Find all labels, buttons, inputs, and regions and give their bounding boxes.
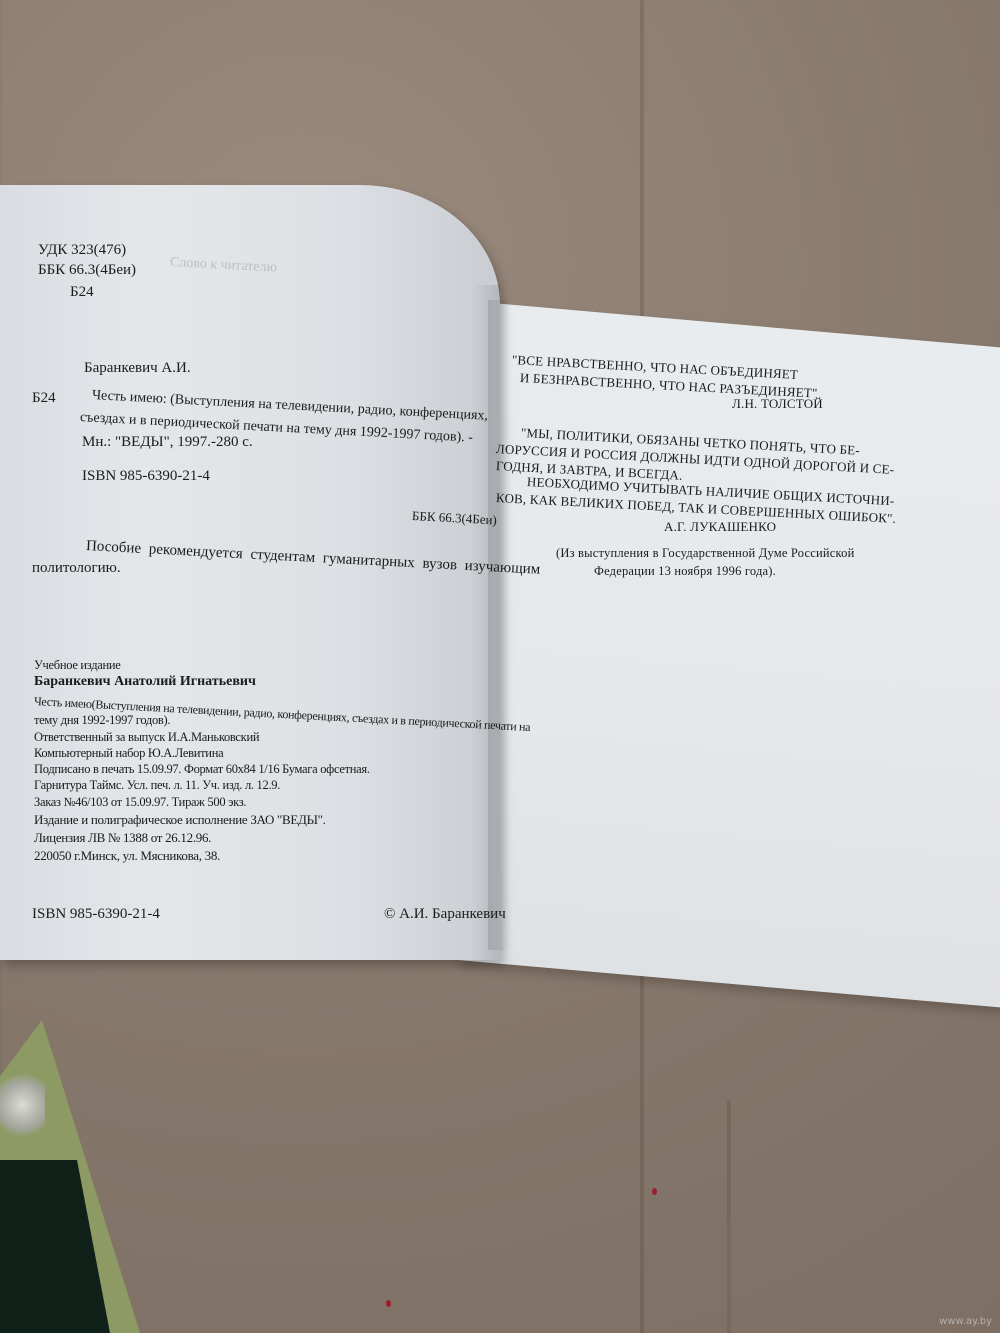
book-gutter xyxy=(488,300,510,950)
isbn-top: ISBN 985-6390-21-4 xyxy=(82,468,210,485)
silver-ornament-icon xyxy=(0,1065,45,1145)
source-line-2: Федерации 13 ноября 1996 года). xyxy=(594,564,776,579)
udk-code: УДК 323(476) xyxy=(38,242,126,259)
recommendation-line-2: политологию. xyxy=(32,560,121,577)
right-page xyxy=(458,300,1000,1008)
order-info: Заказ №46/103 от 15.09.97. Тираж 500 экз… xyxy=(34,795,246,810)
red-speck xyxy=(386,1300,391,1307)
source-line-1: (Из выступления в Государственной Думе Р… xyxy=(556,546,855,561)
bbk-code: ББК 66.3(4Беи) xyxy=(38,262,136,279)
publisher-info: Издание и полиграфическое исполнение ЗАО… xyxy=(34,812,326,828)
author-sign: Б24 xyxy=(70,284,94,301)
typeface-info: Гарнитура Таймс. Усл. печ. л. 11. Уч. из… xyxy=(34,778,280,793)
isbn-bottom: ISBN 985-6390-21-4 xyxy=(32,906,160,923)
author-heading: Баранкевич А.И. xyxy=(84,360,191,377)
side-code: Б24 xyxy=(32,390,56,407)
cardboard-seam xyxy=(727,1100,731,1333)
responsible-editor: Ответственный за выпуск И.А.Маньковский xyxy=(34,730,259,745)
license-info: Лицензия ЛВ № 1388 от 26.12.96. xyxy=(34,830,211,846)
address-info: 220050 г.Минск, ул. Мясникова, 38. xyxy=(34,848,220,864)
watermark: www.ay.by xyxy=(939,1316,992,1327)
typesetting-credit: Компьютерный набор Ю.А.Левитина xyxy=(34,746,223,761)
bibliographic-line-3: Мн.: "ВЕДЫ", 1997.-280 с. xyxy=(82,434,253,451)
signed-to-print: Подписано в печать 15.09.97. Формат 60x8… xyxy=(34,762,370,777)
epigraph-2-author: А.Г. ЛУКАШЕНКО xyxy=(664,519,776,535)
edition-type: Учебное издание xyxy=(34,658,121,673)
copyright: © А.И. Баранкевич xyxy=(384,906,506,923)
red-speck xyxy=(652,1188,657,1195)
imprint-title-line-2: тему дня 1992-1997 годов). xyxy=(34,713,170,728)
author-full-name: Баранкевич Анатолий Игнатьевич xyxy=(34,674,256,690)
epigraph-1-author: Л.Н. ТОЛСТОЙ xyxy=(732,396,823,412)
